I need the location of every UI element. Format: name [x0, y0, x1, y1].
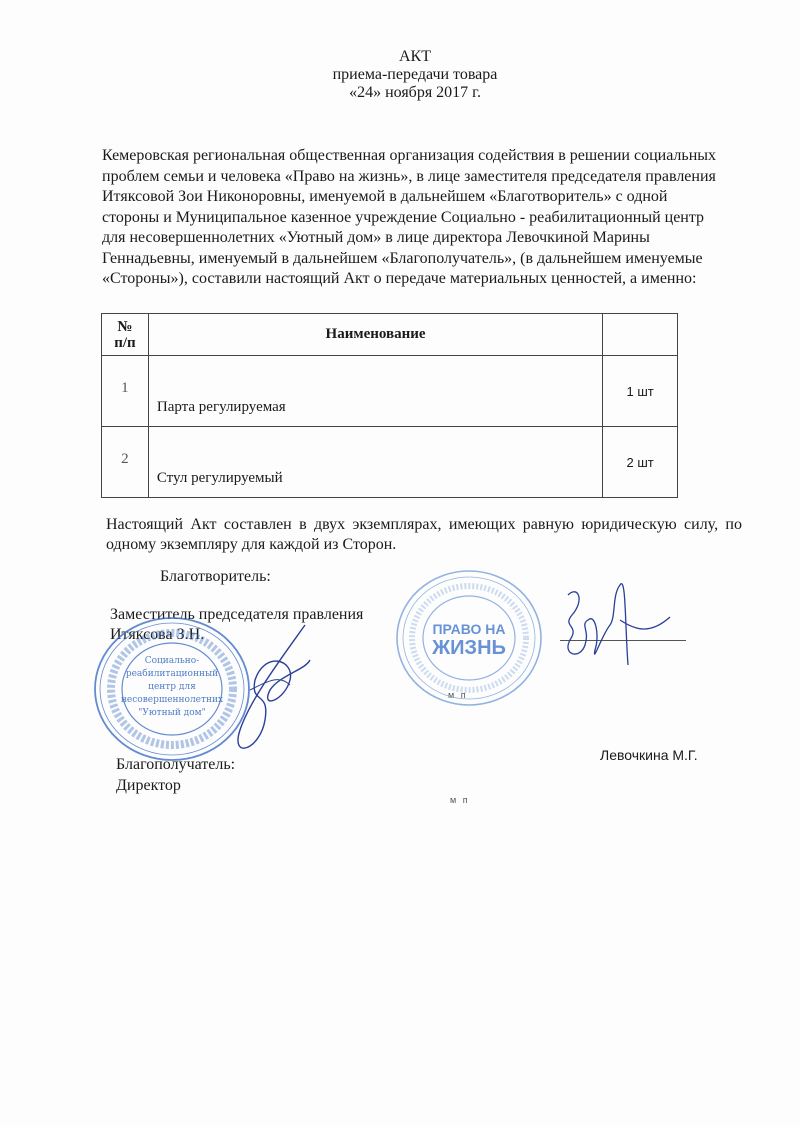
- donor-stamp-icon: ПРАВО НА ЖИЗНЬ: [394, 568, 544, 708]
- svg-text:"Уютный дом": "Уютный дом": [138, 708, 206, 718]
- intro-line: Кемеровская региональная общественная ор…: [102, 146, 742, 167]
- header-name: Наименование: [148, 314, 602, 356]
- svg-text:несовершеннолетних: несовершеннолетних: [121, 695, 223, 705]
- svg-text:ПРАВО НА: ПРАВО НА: [432, 621, 505, 637]
- recipient-seal-mark: м п: [450, 795, 470, 805]
- svg-text:ЖИЗНЬ: ЖИЗНЬ: [431, 637, 506, 659]
- intro-line: стороны и Муниципальное казенное учрежде…: [102, 208, 742, 229]
- intro-line: для несовершеннолетних «Уютный дом» в ли…: [102, 228, 742, 249]
- document-subtitle: приема-передачи товара: [0, 66, 800, 84]
- closing-paragraph: Настоящий Акт составлен в двух экземпляр…: [106, 515, 742, 555]
- document-title: АКТ: [0, 48, 800, 66]
- recipient-position: Директор: [116, 777, 181, 795]
- intro-line: Геннадьевны, именуемый в дальнейшем «Бла…: [102, 249, 742, 270]
- svg-text:реабилитационный: реабилитационный: [126, 668, 218, 679]
- items-table: № п/п Наименование 1 Парта регулируемая …: [101, 313, 678, 498]
- document-date: «24» ноября 2017 г.: [0, 84, 800, 102]
- header-number: № п/п: [102, 314, 149, 356]
- row-name: Парта регулируемая: [148, 356, 602, 427]
- intro-line: Итяксовой Зои Никоноровны, именуемой в д…: [102, 187, 742, 208]
- closing-line: Настоящий Акт составлен в двух экземпляр…: [106, 515, 742, 535]
- donor-label: Благотворитель:: [160, 568, 271, 586]
- header-quantity: [603, 314, 678, 356]
- table-header-row: № п/п Наименование: [102, 314, 678, 356]
- row-name: Стул регулируемый: [148, 427, 602, 498]
- table-row: 2 Стул регулируемый 2 шт: [102, 427, 678, 498]
- document-header: АКТ приема-передачи товара «24» ноября 2…: [0, 48, 800, 102]
- svg-text:центр для: центр для: [148, 682, 196, 692]
- row-number: 1: [102, 356, 149, 427]
- donor-signature-icon: [210, 620, 320, 770]
- intro-line: «Стороны»), составили настоящий Акт о пе…: [102, 269, 742, 290]
- row-number: 2: [102, 427, 149, 498]
- recipient-name: Левочкина М.Г.: [600, 747, 698, 763]
- svg-text:Социально-: Социально-: [145, 656, 200, 666]
- recipient-signature-icon: [550, 565, 690, 685]
- intro-paragraph: Кемеровская региональная общественная ор…: [102, 146, 742, 290]
- row-quantity: 1 шт: [603, 356, 678, 427]
- intro-line: проблем семьи и человека «Право на жизнь…: [102, 167, 742, 188]
- closing-line: одному экземпляру для каждой из Сторон.: [106, 535, 742, 555]
- row-quantity: 2 шт: [603, 427, 678, 498]
- table-row: 1 Парта регулируемая 1 шт: [102, 356, 678, 427]
